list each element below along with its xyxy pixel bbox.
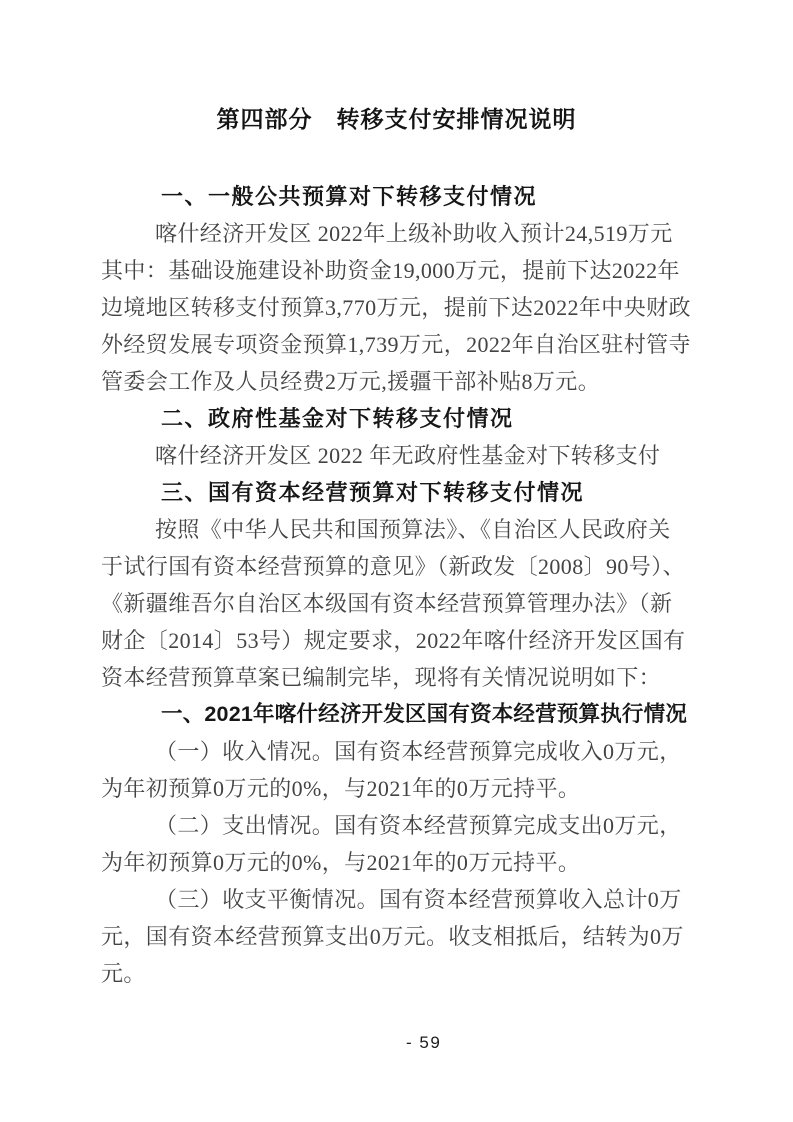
- paragraph-line: 管委会工作及人员经费2万元,援疆干部补贴8万元。: [101, 363, 693, 400]
- paragraph-line: 《新疆维吾尔自治区本级国有资本经营预算管理办法》（新: [101, 585, 693, 622]
- paragraph-line: 边境地区转移支付预算3,770万元，提前下达2022年中央财政: [101, 289, 693, 326]
- document-title: 第四部分 转移支付安排情况说明: [0, 103, 793, 136]
- paragraph-line: 为年初预算0万元的0%，与2021年的0万元持平。: [101, 770, 693, 807]
- paragraph-line: 其中：基础设施建设补助资金19,000万元，提前下达2022年: [101, 252, 693, 289]
- subsection-heading-2021-execution: 一、2021年喀什经济开发区国有资本经营预算执行情况: [101, 696, 693, 733]
- paragraph-line: 喀什经济开发区 2022 年无政府性基金对下转移支付: [101, 437, 693, 474]
- paragraph-line-income: （一）收入情况。国有资本经营预算完成收入0万元，: [101, 733, 693, 770]
- paragraph-line: 资本经营预算草案已编制完毕，现将有关情况说明如下：: [101, 659, 693, 696]
- section-heading-gov-funds: 二、政府性基金对下转移支付情况: [101, 400, 693, 437]
- paragraph-line: 于试行国有资本经营预算的意见》（新政发〔2008〕90号）、: [101, 548, 693, 585]
- paragraph-line: 元。: [101, 955, 693, 992]
- paragraph-line: 外经贸发展专项资金预算1,739万元，2022年自治区驻村管寺: [101, 326, 693, 363]
- document-body: 一、一般公共预算对下转移支付情况 喀什经济开发区 2022年上级补助收入预计24…: [101, 178, 693, 992]
- paragraph-line: 喀什经济开发区 2022年上级补助收入预计24,519万元: [101, 215, 693, 252]
- paragraph-line-balance: （三）收支平衡情况。国有资本经营预算收入总计0万: [101, 881, 693, 918]
- section-heading-general-budget: 一、一般公共预算对下转移支付情况: [101, 178, 693, 215]
- paragraph-line: 按照《中华人民共和国预算法》、《自治区人民政府关: [101, 511, 693, 548]
- paragraph-line: 为年初预算0万元的0%，与2021年的0万元持平。: [101, 844, 693, 881]
- section-heading-soe-capital: 三、国有资本经营预算对下转移支付情况: [101, 474, 693, 511]
- paragraph-line: 财企〔2014〕53号）规定要求，2022年喀什经济开发区国有: [101, 622, 693, 659]
- paragraph-line-expenditure: （二）支出情况。国有资本经营预算完成支出0万元，: [101, 807, 693, 844]
- paragraph-line: 元，国有资本经营预算支出0万元。收支相抵后，结转为0万: [101, 918, 693, 955]
- document-page: 第四部分 转移支付安排情况说明 一、一般公共预算对下转移支付情况 喀什经济开发区…: [0, 0, 793, 1122]
- page-number: - 59: [406, 1033, 441, 1053]
